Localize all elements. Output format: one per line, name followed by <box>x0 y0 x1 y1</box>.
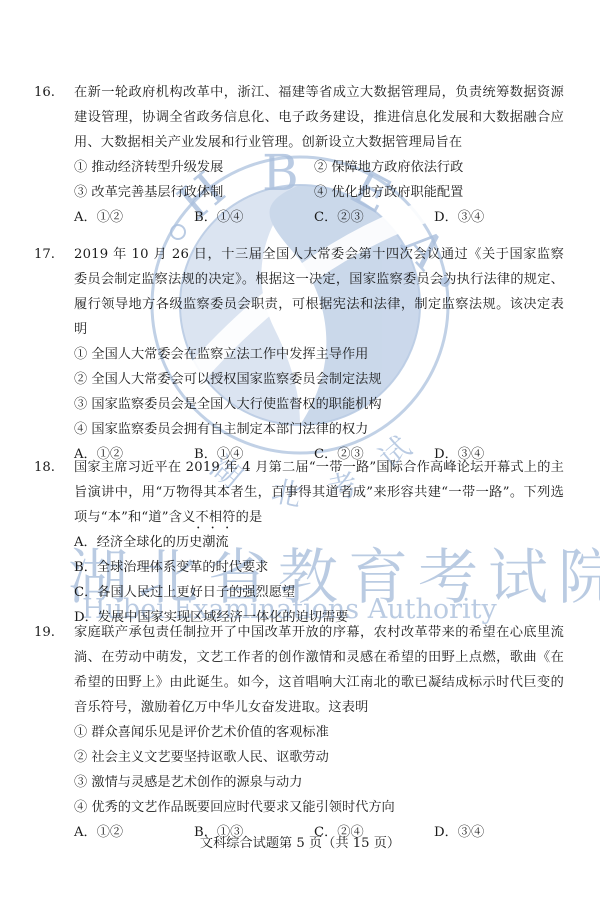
statement-2: ② 全国人大常委会可以授权国家监察委员会制定法规 <box>74 367 564 392</box>
page-footer: 文科综合试题第 5 页（共 15 页） <box>0 832 600 851</box>
statement-2: ② 保障地方政府依法行政 <box>314 155 554 180</box>
question-19: 19. 家庭联产承包责任制拉开了中国改革开放的序幕，农村改革带来的希望在心底里流… <box>34 620 564 845</box>
option-a: A．经济全球化的历史潮流 <box>74 530 564 555</box>
stem-text: 国家主席习近平在 2019 年 4 月第二届“一带一路”国际合作高峰论坛开幕式上… <box>74 460 564 525</box>
statement-1: ① 全国人大常委会在监察立法工作中发挥主导作用 <box>74 342 564 367</box>
question-number: 16. <box>34 80 70 105</box>
question-17: 17. 2019 年 10 月 26 日，十三届全国人大常委会第十四次会议通过《… <box>34 242 564 467</box>
question-stem: 国家主席习近平在 2019 年 4 月第二届“一带一路”国际合作高峰论坛开幕式上… <box>74 455 564 530</box>
option-c: C．各国人民过上更好日子的强烈愿望 <box>74 580 564 605</box>
stem-text-end: 的是 <box>236 510 263 525</box>
answer-choices: A．①② B．①④ C．②③ D．③④ <box>74 205 564 230</box>
statement-3: ③ 改革完善基层行政体制 <box>74 180 314 205</box>
question-number: 19. <box>34 620 70 645</box>
question-18: 18. 国家主席习近平在 2019 年 4 月第二届“一带一路”国际合作高峰论坛… <box>34 455 564 630</box>
option-b: B．全球治理体系变革的时代要求 <box>74 555 564 580</box>
question-number: 18. <box>34 455 70 480</box>
statement-4: ④ 国家监察委员会拥有自主制定本部门法律的权力 <box>74 417 564 442</box>
answer-d: D．③④ <box>434 205 554 230</box>
statement-1: ① 群众喜闻乐见是评价艺术价值的客观标准 <box>74 720 564 745</box>
statement-1: ① 推动经济转型升级发展 <box>74 155 314 180</box>
answer-a: A．①② <box>74 205 194 230</box>
statement-row: ③ 改革完善基层行政体制 ④ 优化地方政府职能配置 <box>74 180 564 205</box>
answer-c: C．②③ <box>314 205 434 230</box>
question-16: 16. 在新一轮政府机构改革中，浙江、福建等省成立大数据管理局，负责统筹数据资源… <box>34 80 564 230</box>
statement-4: ④ 优化地方政府职能配置 <box>314 180 554 205</box>
statement-4: ④ 优秀的文艺作品既要回应时代要求又能引领时代方向 <box>74 795 564 820</box>
question-stem: 在新一轮政府机构改革中，浙江、福建等省成立大数据管理局，负责统筹数据资源建设管理… <box>74 80 564 155</box>
question-stem: 家庭联产承包责任制拉开了中国改革开放的序幕，农村改革带来的希望在心底里流淌、在劳… <box>74 620 564 720</box>
question-number: 17. <box>34 242 70 267</box>
statement-3: ③ 激情与灵感是艺术创作的源泉与动力 <box>74 770 564 795</box>
answer-b: B．①④ <box>194 205 314 230</box>
stem-emphasis: 不相符 <box>195 510 235 525</box>
question-stem: 2019 年 10 月 26 日，十三届全国人大常委会第十四次会议通过《关于国家… <box>74 242 564 342</box>
statement-3: ③ 国家监察委员会是全国人大行使监督权的职能机构 <box>74 392 564 417</box>
statement-2: ② 社会主义文艺要坚持讴歌人民、讴歌劳动 <box>74 745 564 770</box>
statement-row: ① 推动经济转型升级发展 ② 保障地方政府依法行政 <box>74 155 564 180</box>
